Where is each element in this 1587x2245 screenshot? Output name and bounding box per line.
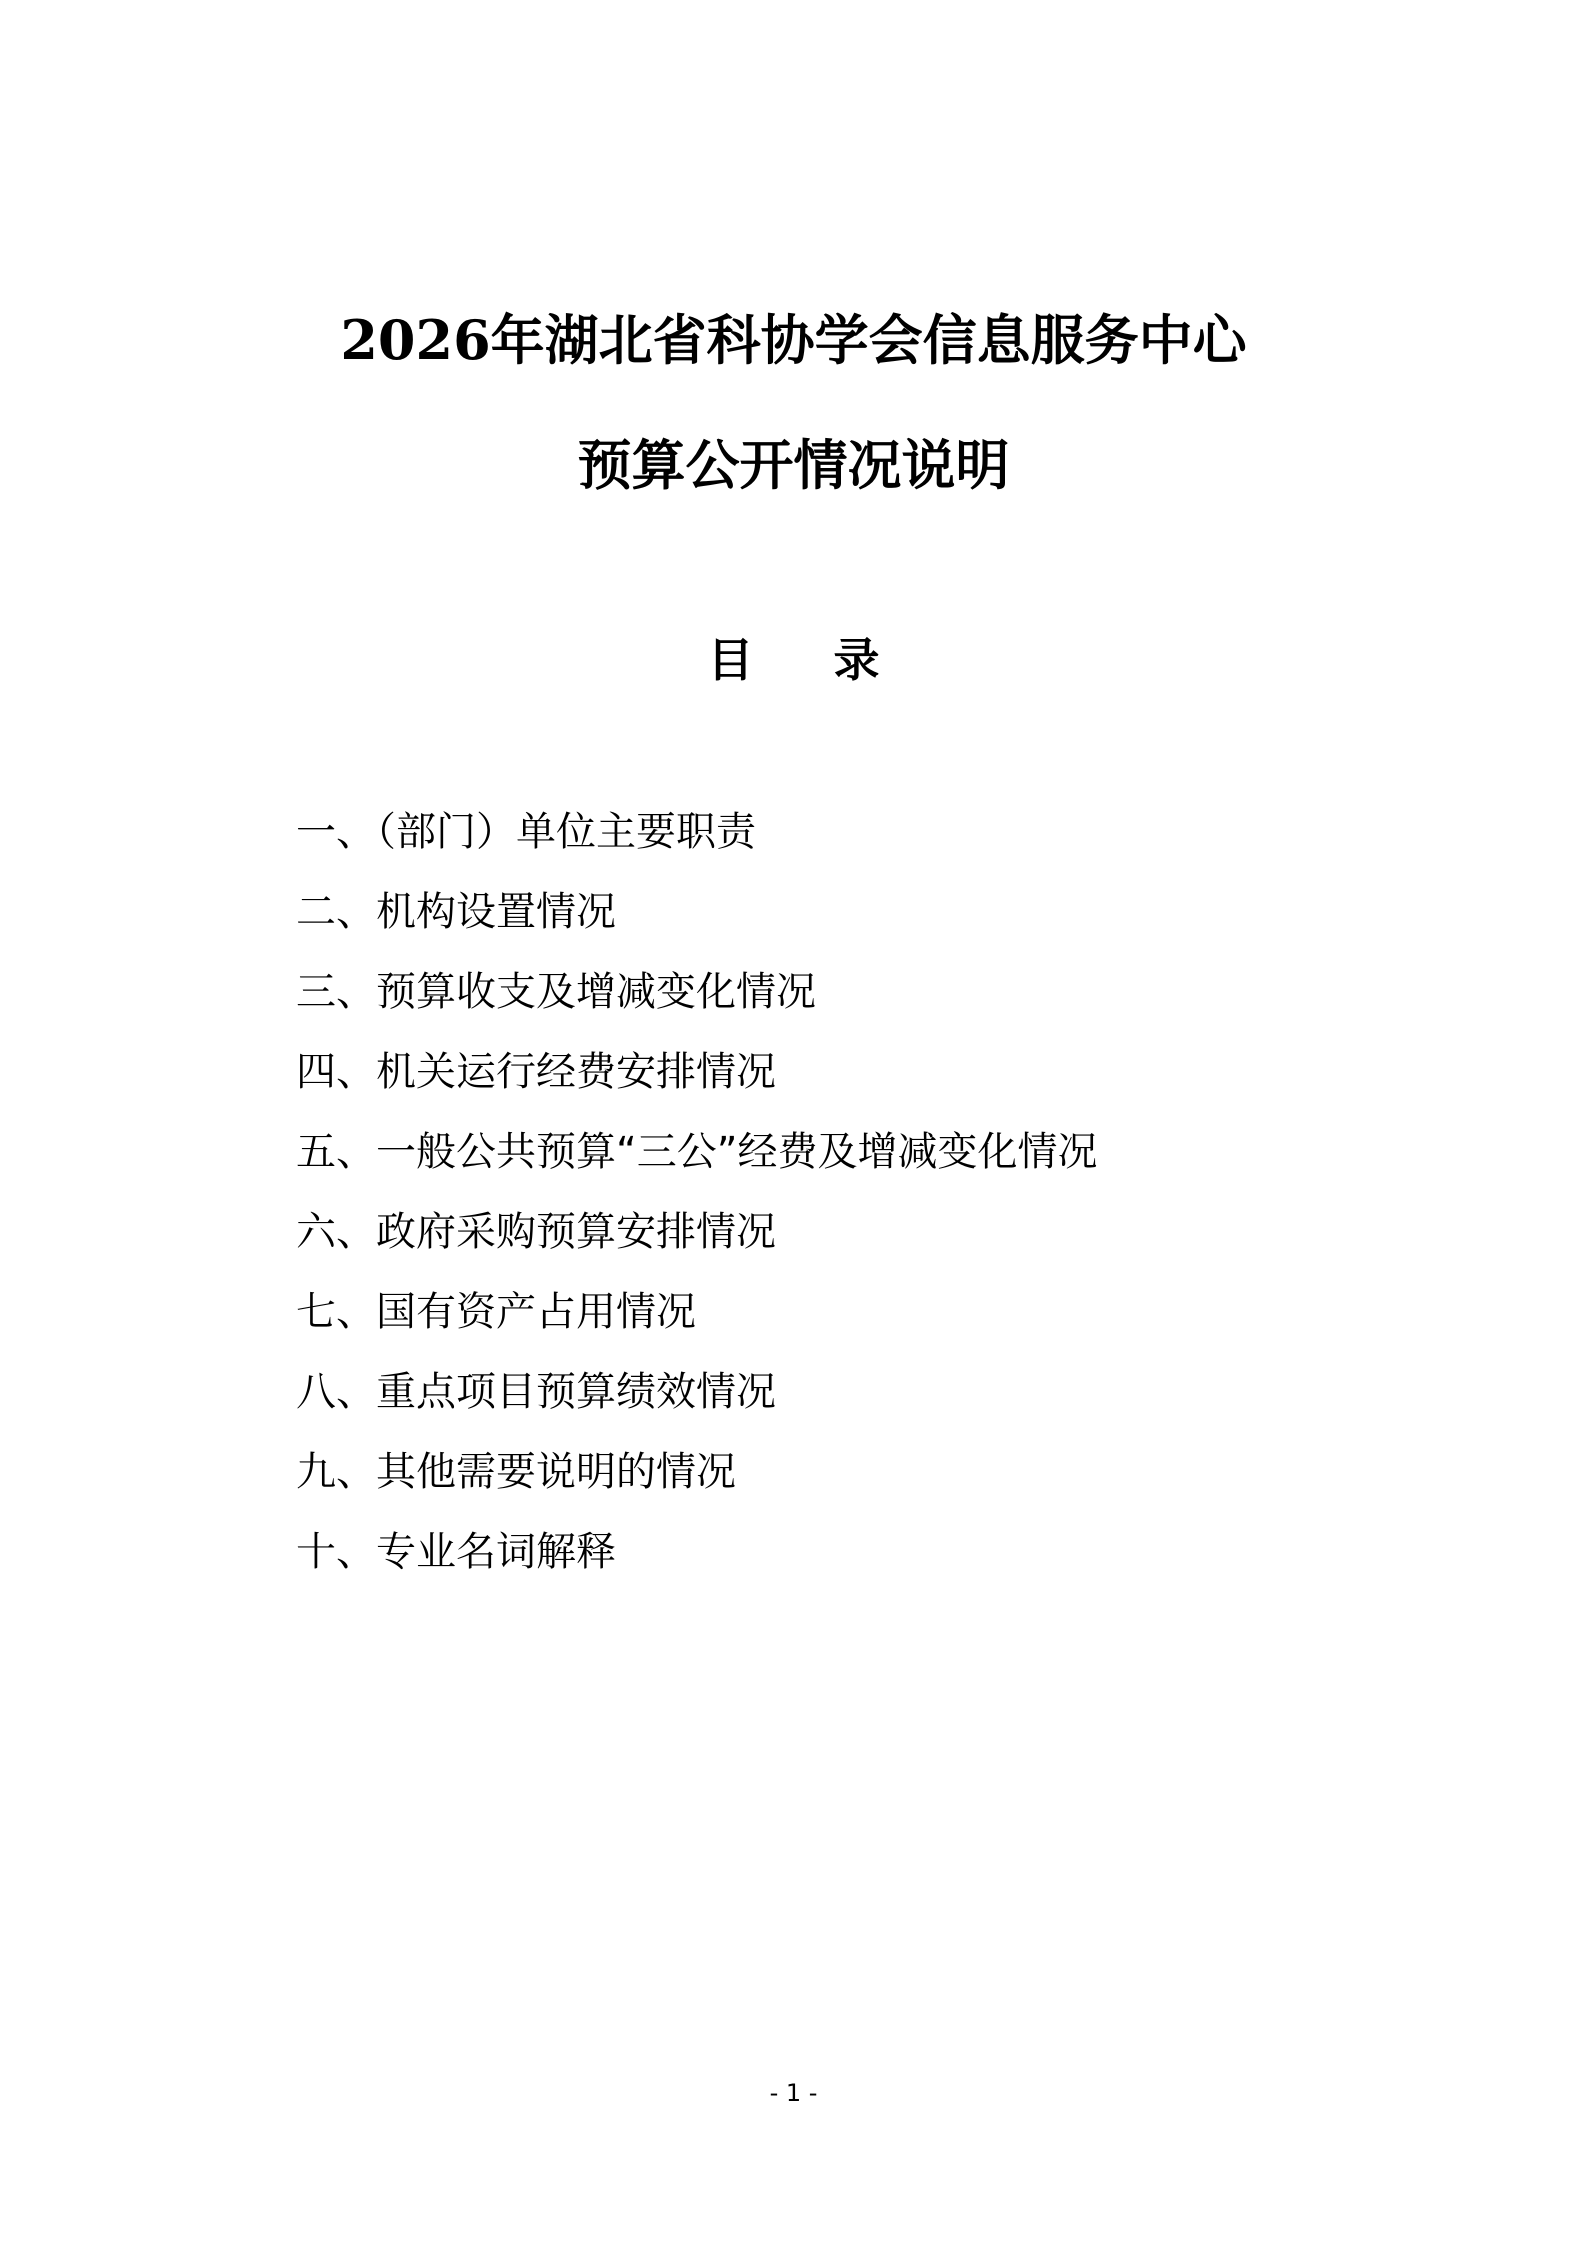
toc-item-three-public-expenses[interactable]: 五、一般公共预算“三公”经费及增减变化情况 (296, 1112, 1097, 1192)
toc-item-other-notes[interactable]: 九、其他需要说明的情况 (296, 1432, 1097, 1512)
toc-item-glossary[interactable]: 十、专业名词解释 (296, 1512, 1097, 1592)
toc-item-key-project-performance[interactable]: 八、重点项目预算绩效情况 (296, 1352, 1097, 1432)
toc-heading-char-1: 目 (708, 630, 754, 690)
toc-item-budget-changes[interactable]: 三、预算收支及增减变化情况 (296, 952, 1097, 1032)
document-title-line-1: 2026年湖北省科协学会信息服务中心 (0, 305, 1587, 375)
page-number: - 1 - (0, 2078, 1587, 2108)
toc-item-organization[interactable]: 二、机构设置情况 (296, 872, 1097, 952)
toc-item-state-assets[interactable]: 七、国有资产占用情况 (296, 1272, 1097, 1352)
table-of-contents: 一、（部门）单位主要职责 二、机构设置情况 三、预算收支及增减变化情况 四、机关… (296, 792, 1097, 1592)
toc-item-government-procurement[interactable]: 六、政府采购预算安排情况 (296, 1192, 1097, 1272)
document-title-line-2: 预算公开情况说明 (0, 430, 1587, 500)
toc-heading: 目录 (0, 630, 1587, 690)
toc-heading-char-2: 录 (834, 630, 880, 690)
toc-item-responsibilities[interactable]: 一、（部门）单位主要职责 (296, 792, 1097, 872)
toc-item-operating-funds[interactable]: 四、机关运行经费安排情况 (296, 1032, 1097, 1112)
